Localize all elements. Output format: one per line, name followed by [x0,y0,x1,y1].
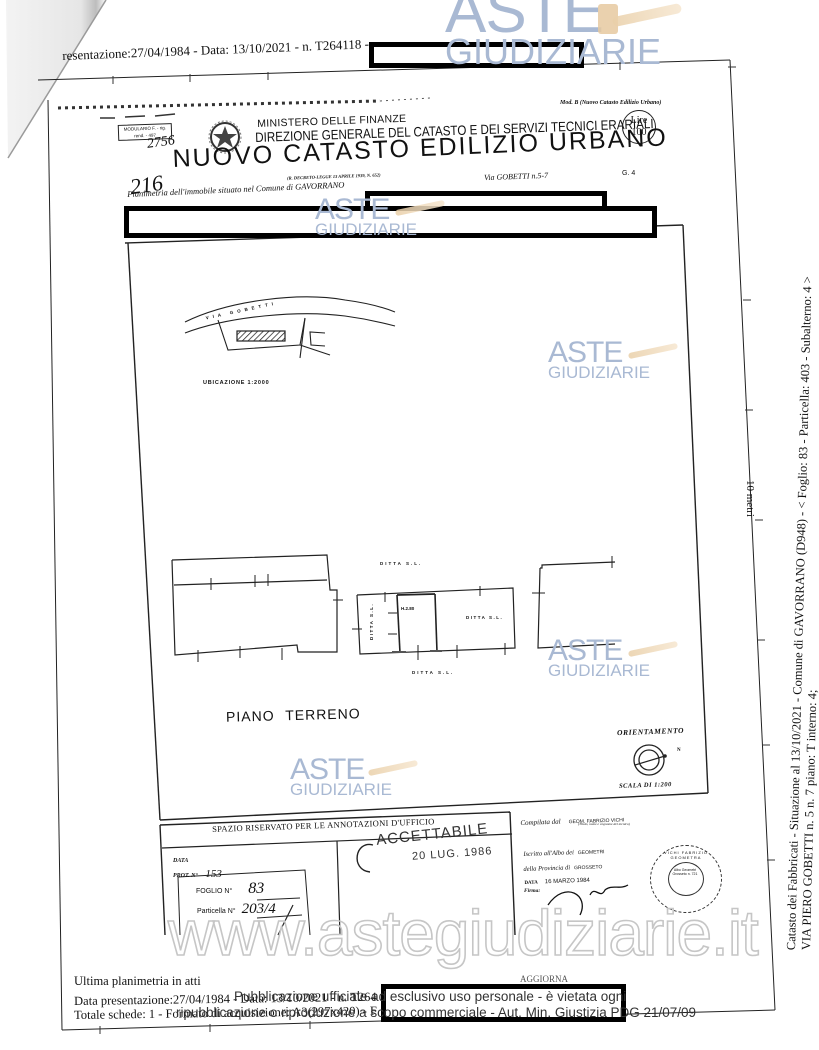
surveyor-seal-inner-text: Albo Geometri Grosseto n. 721 [671,868,699,876]
prot-value: 153 [205,868,222,880]
ditta-right: DITTA S.L. [466,615,503,620]
foglio-label: FOGLIO N° [196,888,232,895]
publication-notice-line1: Pubblicazione ufficiale ad esclusivo uso… [234,989,626,1004]
north-label: N [677,748,681,753]
side-scale-label: 10 metri [744,480,756,517]
compiled-label: Compilata dal [520,818,561,827]
signed-date-value: 16 MARZO 1984 [545,878,590,886]
prot-label: PROT. N° [173,873,198,879]
location-label: UBICAZIONE 1:2000 [203,380,269,386]
footer-right-fragment: AGGIORNA [520,974,568,984]
room-height-label: H.2.80 [401,606,414,611]
footer-last-plan: Ultima planimetria in atti [74,974,201,989]
compiled-sub: (Titolo, nome e cognome del tecnico) [578,822,630,826]
firma-label: Firma: [524,888,540,894]
signed-date-row: DATA 16 MARZO 1984 [524,869,590,889]
watermark-website: www.astegiudiziarie.it [168,896,758,970]
ditta-left: DITTA S.L. [369,603,374,640]
ditta-top: DITTA S.L. [380,561,422,566]
compiled-row: Compilata dal GEOM. FABRIZIO VICHI [520,808,624,830]
g-label: G. 4 [622,170,635,177]
surveyor-seal-text: VICHI FABRIZIO GEOMETRA [657,850,715,860]
ditta-bottom: DITTA S.L. [412,670,454,675]
foglio-value: 83 [248,880,264,897]
signed-date-label: DATA [524,881,538,886]
publication-notice-line2: ripubblicazione o riproduzione a scopo c… [176,1005,696,1020]
data-label: DATA [173,858,188,864]
redaction-box [124,206,657,238]
prot-row: PROT. N° 153 [173,868,222,880]
model-label: Mod. B (Nuovo Catasto Edilizio Urbano) [560,100,661,106]
redaction-box [369,42,584,68]
